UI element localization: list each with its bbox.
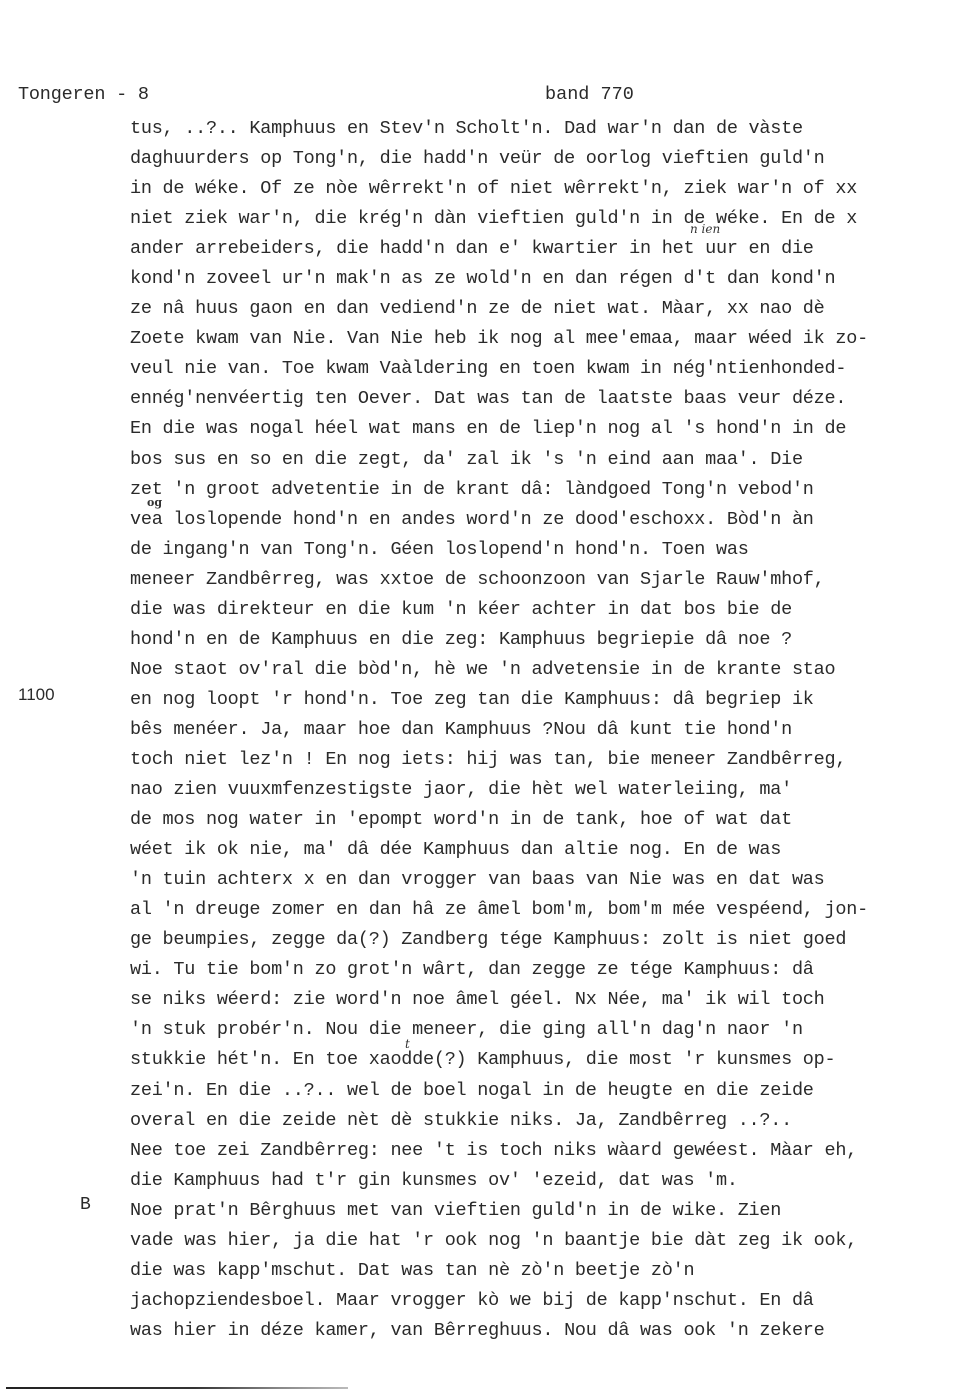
transcript-line: Noe staot ov'ral die bòd'n, hè we 'n adv… [130,655,970,685]
transcript-line: ge beumpies, zegge da(?) Zandberg tége K… [130,925,970,955]
transcript-line: die Kamphuus had t'r gin kunsmes ov' 'ez… [130,1166,970,1196]
transcript-line: overal en die zeide nèt dè stukkie niks.… [130,1106,970,1136]
transcript-line: al 'n dreuge zomer en dan hâ ze âmel bom… [130,895,970,925]
transcript-line: die was kapp'mschut. Dat was tan nè zò'n… [130,1256,970,1286]
transcript-line: was hier in déze kamer, van Bêrreghuus. … [130,1316,970,1346]
transcript-line: vade was hier, ja die hat 'r ook nog 'n … [130,1226,970,1256]
transcript-line: kond'n zoveel ur'n mak'n as ze wold'n en… [130,264,970,294]
transcript-body: tus, ..?.. Kamphuus en Stev'n Scholt'n. … [130,114,970,1346]
transcript-line: toch niet lez'n ! En nog iets: hij was t… [130,745,970,775]
transcript-line: tus, ..?.. Kamphuus en Stev'n Scholt'n. … [130,114,970,144]
transcript-line: zei'n. En die ..?.. wel de boel nogal in… [130,1076,970,1106]
transcript-line: zet 'n groot advetentie in de krant dâ: … [130,475,970,505]
margin-counter: 1100 [18,685,55,705]
transcript-line: Noe prat'n Bêrghuus met van vieftien gul… [130,1196,970,1226]
transcript-line: Zoete kwam van Nie. Van Nie heb ik nog a… [130,324,970,354]
transcript-line: stukkie hét'n. En toe xaodde(?) Kamphuus… [130,1045,970,1075]
transcript-line: ennég'nenvéertig ten Oever. Dat was tan … [130,384,970,414]
transcript-line: de mos nog water in 'epompt word'n in de… [130,805,970,835]
page-header-left: Tongeren - 8 [18,84,149,105]
transcript-line: in de wéke. Of ze nòe wêrrekt'n of niet … [130,174,970,204]
transcript-line: En die was nogal héel wat mans en de lie… [130,414,970,444]
transcript-line: jachopziendesboel. Maar vrogger kò we bi… [130,1286,970,1316]
transcript-line: die was direkteur en die kum 'n kéer ach… [130,595,970,625]
transcript-line: hond'n en de Kamphuus en die zeg: Kamphu… [130,625,970,655]
transcript-line: ander arrebeiders, die hadd'n dan e' kwa… [130,234,970,264]
transcript-line: ze nâ huus gaon en dan vediend'n ze de n… [130,294,970,324]
transcript-line: 'n tuin achterx x en dan vrogger van baa… [130,865,970,895]
transcript-line: 'n stuk probér'n. Nou die meneer, die gi… [130,1015,970,1045]
transcript-line: wéet ik ok nie, ma' dâ dée Kamphuus dan … [130,835,970,865]
transcript-line: bês menéer. Ja, maar hoe dan Kamphuus ?N… [130,715,970,745]
transcript-line: Nee toe zei Zandbêrreg: nee 't is toch n… [130,1136,970,1166]
transcript-line: se niks wéerd: zie word'n noe âmel géel.… [130,985,970,1015]
page-header-center: band 770 [545,84,634,105]
transcript-line: de ingang'n van Tong'n. Géen loslopend'n… [130,535,970,565]
footer-rule [6,1387,348,1389]
margin-speaker-marker: B [80,1195,91,1215]
transcript-line: daghuurders op Tong'n, die hadd'n veür d… [130,144,970,174]
transcript-line: nao zien vuuxmfenzestigste jaor, die hèt… [130,775,970,805]
transcript-line: niet ziek war'n, die krég'n dàn vieftien… [130,204,970,234]
transcript-line: wi. Tu tie bom'n zo grot'n wârt, dan zeg… [130,955,970,985]
transcript-line: meneer Zandbêrreg, was xxtoe de schoonzo… [130,565,970,595]
transcript-line: bos sus en so en die zegt, da' zal ik 's… [130,445,970,475]
transcript-line: en nog loopt 'r hond'n. Toe zeg tan die … [130,685,970,715]
transcript-line: veul nie van. Toe kwam Vaàldering en toe… [130,354,970,384]
transcript-line: vea loslopende hond'n en andes word'n ze… [130,505,970,535]
